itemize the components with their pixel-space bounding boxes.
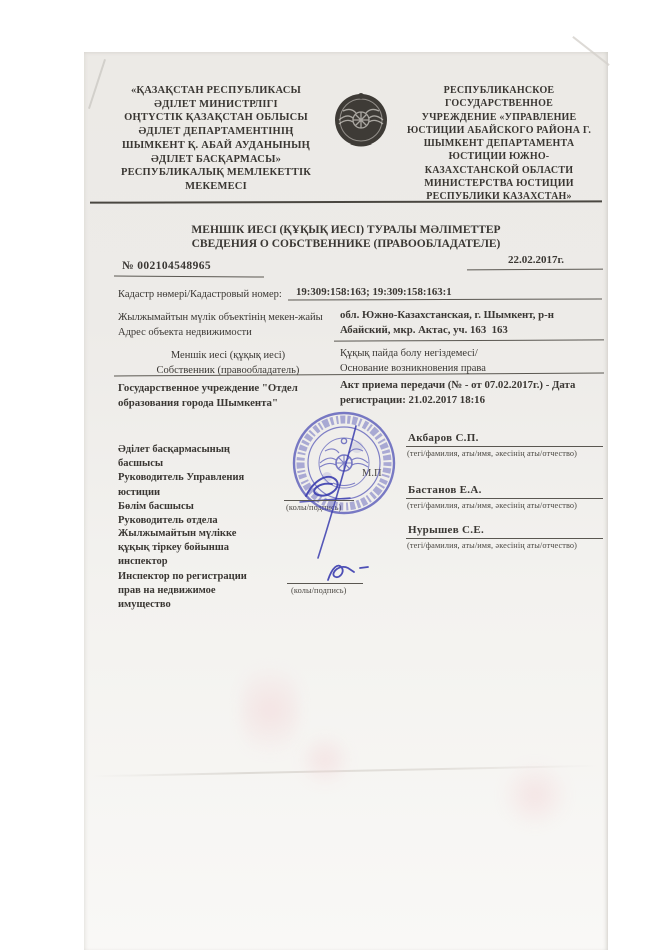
address-label: Жылжымайтын мүлік объектінің мекен-жайы … xyxy=(118,310,333,340)
role-head-of-justice-office: Әділет басқармасының басшысы Руководител… xyxy=(118,443,288,528)
cadastre-number-value: 19:309:158:163; 19:309:158:163:1 xyxy=(296,285,452,300)
ink-bleed-mark xyxy=(240,650,300,770)
kazakhstan-emblem-icon xyxy=(329,87,393,151)
handwritten-signatures xyxy=(280,410,440,610)
document-number: № 002104548965 xyxy=(122,260,211,272)
role-registration-inspector: Жылжымайтын мүлікке құқық тіркеу бойынша… xyxy=(118,527,293,612)
address-value: обл. Южно-Казахстанская, г. Шымкент, р-н… xyxy=(340,308,604,338)
org-name-russian: РЕСПУБЛИКАНСКОЕ ГОСУДАРСТВЕННОЕ УЧРЕЖДЕН… xyxy=(396,84,602,204)
document-title: МЕНШІК ИЕСІ (ҚҰҚЫҚ ИЕСІ) ТУРАЛЫ МӘЛІМЕТТ… xyxy=(90,224,602,251)
basis-value: Акт приема передачи (№ - от 07.02.2017г.… xyxy=(340,378,606,408)
document-date: 22.02.2017г. xyxy=(470,254,602,266)
basis-column-header: Құқық пайда болу негіздемесі/ Основание … xyxy=(340,346,602,376)
cadastre-number-label: Кадастр нөмері/Кадастровый номер: xyxy=(118,287,282,302)
org-name-kazakh: «ҚАЗАҚСТАН РЕСПУБЛИКАСЫ ӘДІЛЕТ МИНИСТРЛІ… xyxy=(100,84,332,194)
ink-bleed-mark xyxy=(300,730,350,790)
signature-line xyxy=(284,500,354,501)
ink-bleed-mark xyxy=(500,760,570,830)
